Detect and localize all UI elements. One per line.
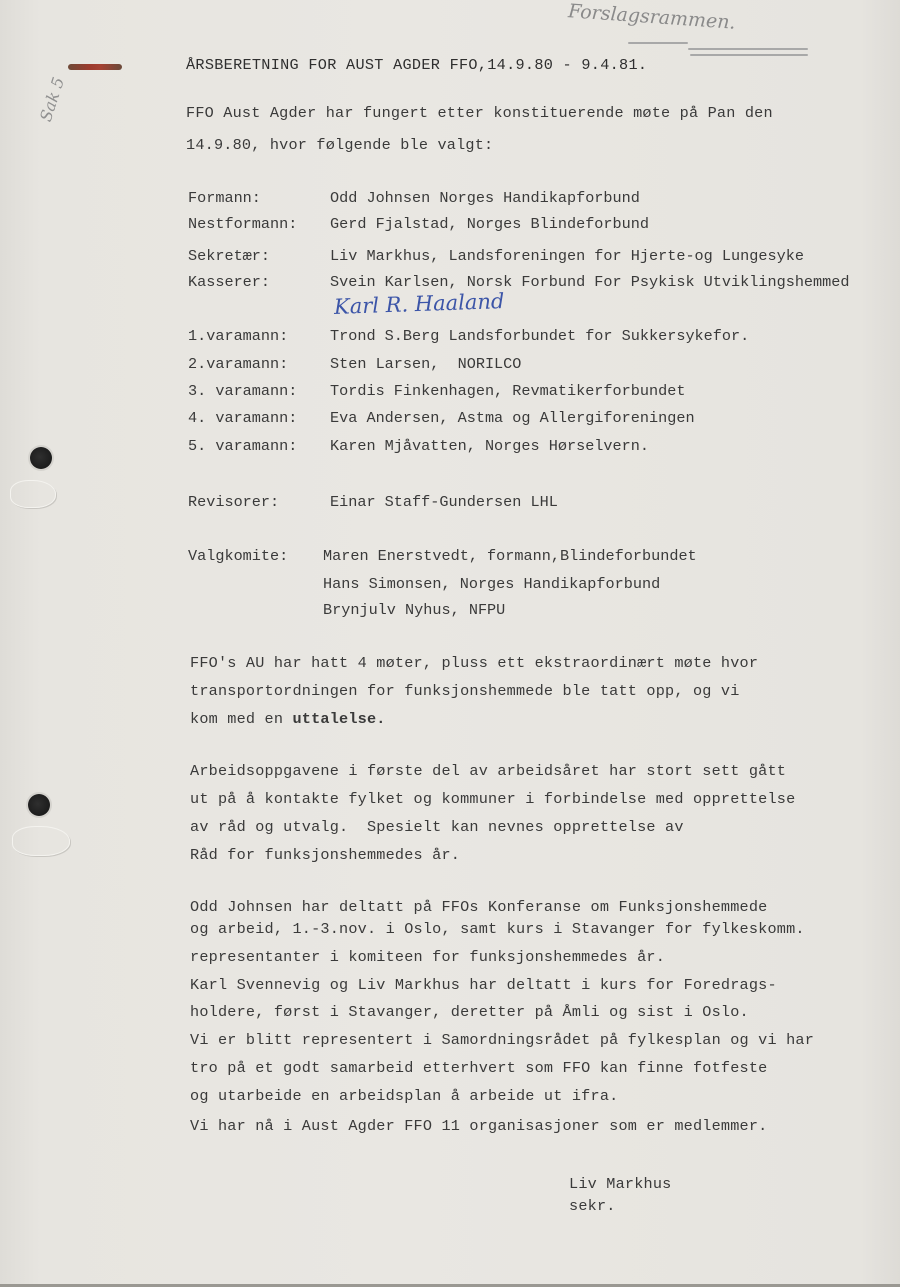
paragraph-line: Vi har nå i Aust Agder FFO 11 organisasj…	[190, 1117, 767, 1135]
emphasized-word: uttalelse.	[292, 710, 385, 728]
committee-member: Brynjulv Nyhus, NFPU	[323, 601, 505, 619]
paragraph-line: representanter i komiteen for funksjonsh…	[190, 948, 665, 966]
paragraph-line: og arbeid, 1.-3.nov. i Oslo, samt kurs i…	[190, 920, 805, 938]
pencil-underline	[628, 42, 688, 44]
role-person: Gerd Fjalstad, Norges Blindeforbund	[330, 215, 649, 233]
role-label: Kasserer:	[188, 273, 270, 291]
signature-name: Liv Markhus	[569, 1175, 671, 1193]
deputy-label: 1.varamann:	[188, 327, 288, 345]
paragraph-line: og utarbeide en arbeidsplan å arbeide ut…	[190, 1087, 618, 1105]
paragraph-line: kom med en uttalelse.	[190, 710, 386, 728]
deputy-person: Sten Larsen, NORILCO	[330, 355, 521, 373]
deputy-person: Trond S.Berg Landsforbundet for Sukkersy…	[330, 327, 749, 345]
role-label: Sekretær:	[188, 247, 270, 265]
deputy-label: 4. varamann:	[188, 409, 297, 427]
committee-member: Maren Enerstvedt, formann,Blindeforbunde…	[323, 547, 697, 565]
torn-hole-bottom	[12, 826, 70, 856]
deputy-person: Tordis Finkenhagen, Revmatikerforbundet	[330, 382, 685, 400]
torn-hole-top	[10, 480, 56, 508]
deputy-person: Karen Mjåvatten, Norges Hørselvern.	[330, 437, 649, 455]
committee-label: Valgkomite:	[188, 547, 288, 565]
deputy-label: 3. varamann:	[188, 382, 297, 400]
paragraph-line: tro på et godt samarbeid etterhvert som …	[190, 1059, 767, 1077]
paragraph-line: transportordningen for funksjonshemmede …	[190, 682, 740, 700]
pencil-underline	[688, 48, 808, 50]
scanned-document-page: Sak 5 Forslagsrammen. ÅRSBERETNING FOR A…	[0, 0, 900, 1287]
deputy-label: 2.varamann:	[188, 355, 288, 373]
punch-hole-top	[30, 447, 52, 469]
paragraph-line: Arbeidsoppgavene i første del av arbeids…	[190, 762, 786, 780]
signature-title: sekr.	[569, 1197, 616, 1215]
role-person: Odd Johnsen Norges Handikapforbund	[330, 189, 640, 207]
paragraph-line: av råd og utvalg. Spesielt kan nevnes op…	[190, 818, 684, 836]
deputy-label: 5. varamann:	[188, 437, 297, 455]
paragraph-line: Odd Johnsen har deltatt på FFOs Konferan…	[190, 898, 767, 916]
deputy-person: Eva Andersen, Astma og Allergiforeningen	[330, 409, 695, 427]
punch-hole-bottom	[28, 794, 50, 816]
paragraph-line: FFO's AU har hatt 4 møter, pluss ett eks…	[190, 654, 758, 672]
handwritten-name: Karl R. Haaland	[334, 289, 505, 319]
paragraph-line: holdere, først i Stavanger, deretter på …	[190, 1003, 749, 1021]
auditor-label: Revisorer:	[188, 493, 279, 511]
role-label: Formann:	[188, 189, 261, 207]
paragraph-line: Vi er blitt representert i Samordningsrå…	[190, 1031, 814, 1049]
role-person: Liv Markhus, Landsforeningen for Hjerte-…	[330, 247, 804, 265]
paragraph-text: kom med en	[190, 710, 292, 728]
pencil-underline	[690, 54, 808, 56]
intro-line: 14.9.80, hvor følgende ble valgt:	[186, 136, 493, 154]
role-person: Svein Karlsen, Norsk Forbund For Psykisk…	[330, 273, 850, 291]
document-title: ÅRSBERETNING FOR AUST AGDER FFO,14.9.80 …	[186, 56, 647, 74]
committee-member: Hans Simonsen, Norges Handikapforbund	[323, 575, 660, 593]
intro-line: FFO Aust Agder har fungert etter konstit…	[186, 104, 773, 122]
pencil-margin-note: Sak 5	[36, 75, 68, 124]
paragraph-line: Råd for funksjonshemmedes år.	[190, 846, 460, 864]
paragraph-line: Karl Svennevig og Liv Markhus har deltat…	[190, 976, 777, 994]
red-margin-mark	[68, 64, 122, 70]
paragraph-line: ut på å kontakte fylket og kommuner i fo…	[190, 790, 795, 808]
role-label: Nestformann:	[188, 215, 297, 233]
pencil-header-note: Forslagsrammen.	[567, 0, 736, 34]
auditor-person: Einar Staff-Gundersen LHL	[330, 493, 558, 511]
